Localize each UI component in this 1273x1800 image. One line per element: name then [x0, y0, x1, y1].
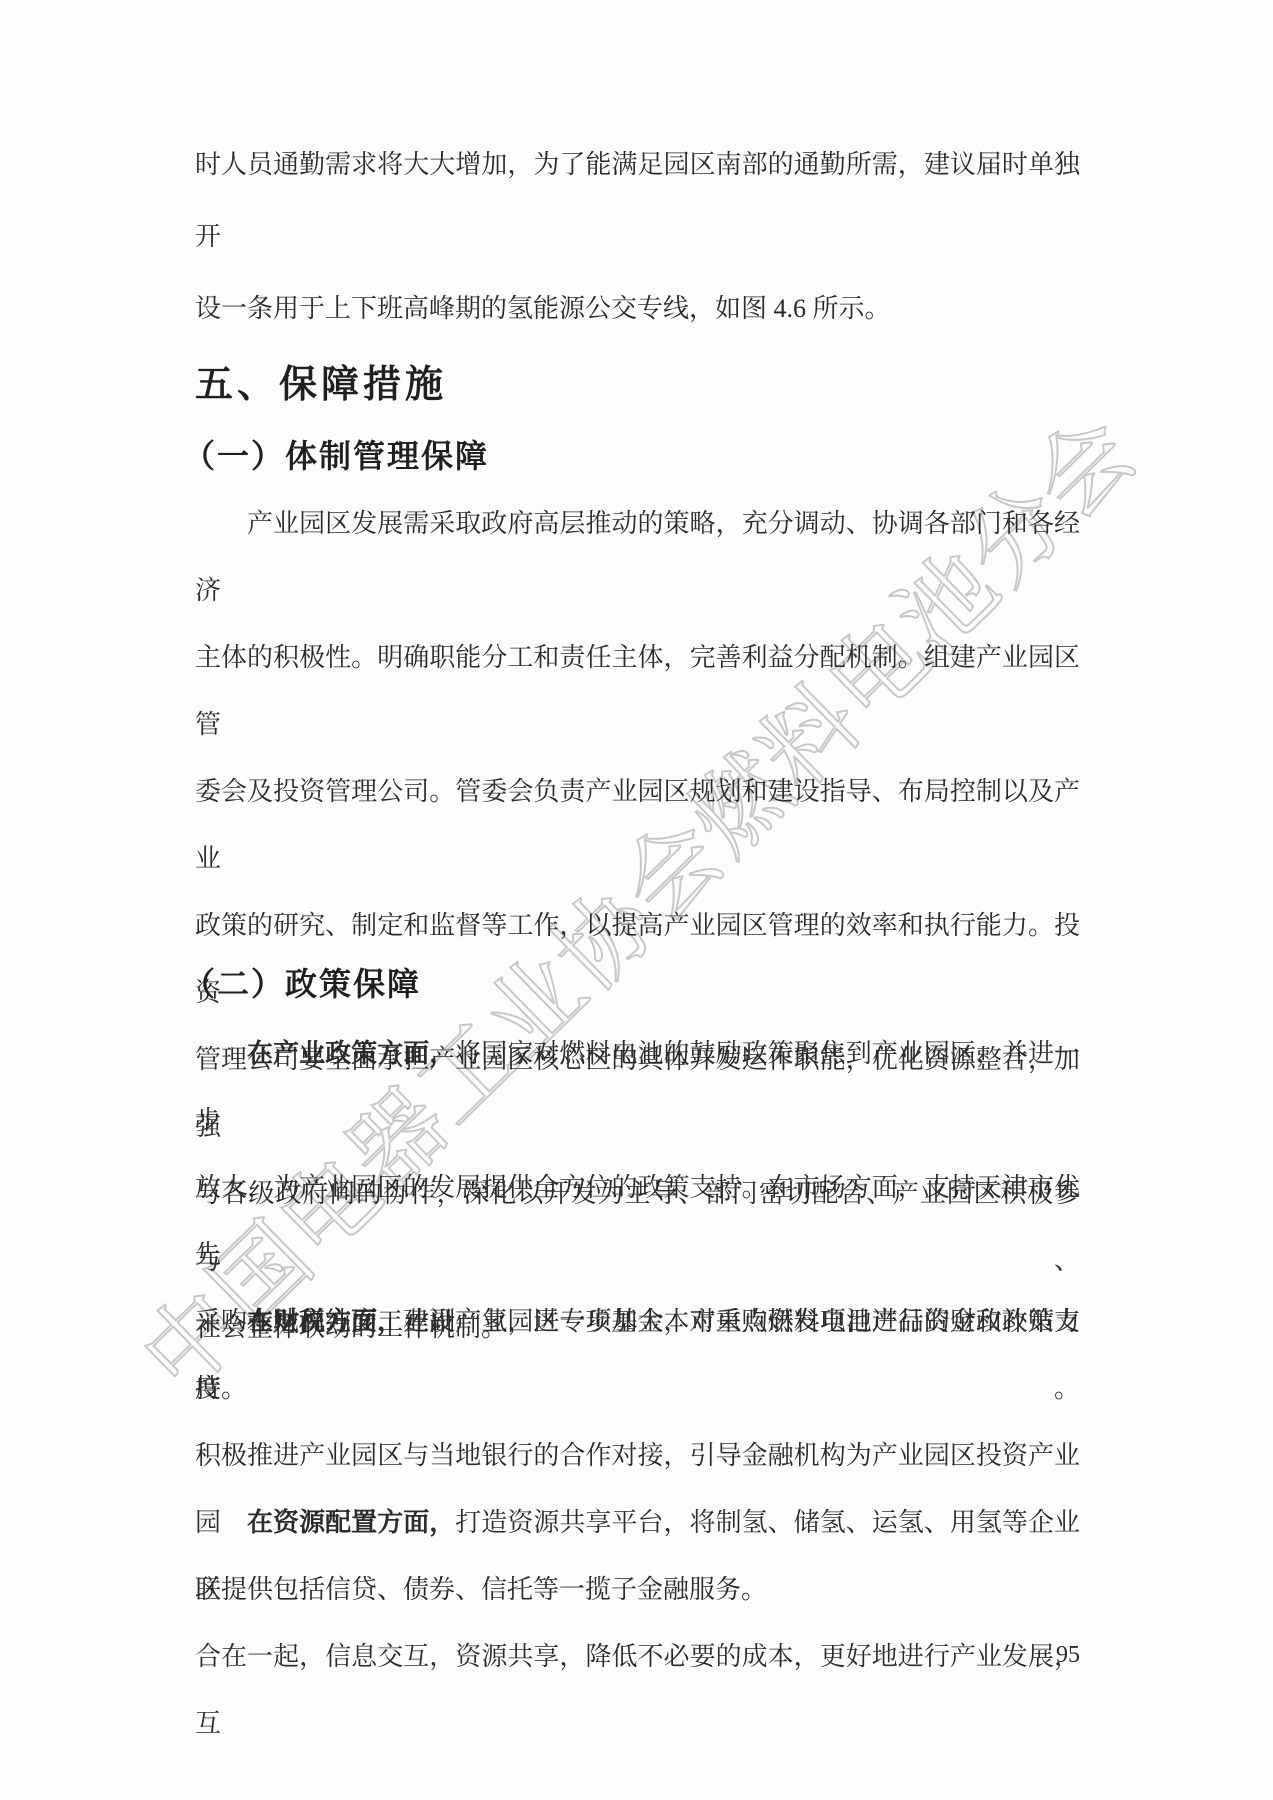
- section-heading: 五、保障措施: [195, 362, 447, 408]
- text-line: 在财税方面，建设产业园区专项基金，对重点研发项目进行资金和政策支持。: [195, 1288, 1080, 1422]
- text-line: 产业园区发展需采取政府高层推动的策略，充分调动、协调各部门和各经济: [195, 490, 1080, 624]
- text-line: 委会及投资管理公司。管委会负责产业园区规划和建设指导、布局控制以及产业: [195, 758, 1080, 892]
- paragraph-lead: 在产业政策方面，: [247, 1038, 455, 1068]
- text-line: 放大，为产业园区的发展提供全方位的政策支持。在市场方面，支持天津市优先: [195, 1154, 1080, 1288]
- text-line: 设一条用于上下班高峰期的氢能源公交专线，如图 4.6 所示。: [195, 273, 1080, 345]
- paragraph-resource-allocation: 在资源配置方面，打造资源共享平台，将制氢、储氢、运氢、用氢等企业联 合在一起，信…: [195, 1489, 1080, 1757]
- text-line: 主体的积极性。明确职能分工和责任主体，完善利益分配机制。组建产业园区管: [195, 624, 1080, 758]
- text-line: 时人员通勤需求将大大增加，为了能满足园区南部的通勤所需，建议届时单独开: [195, 129, 1080, 273]
- subsection-heading-2: （二）政策保障: [183, 963, 421, 1005]
- text-line: 政策的研究、制定和监督等工作，以提高产业园区管理的效率和执行能力。投资: [195, 892, 1080, 1026]
- text-line: 在产业政策方面，将国家对燃料电池的鼓励政策聚焦到产业园区，并进一步: [195, 1020, 1080, 1154]
- page-number: 95: [195, 1640, 1080, 1670]
- text-line: 在资源配置方面，打造资源共享平台，将制氢、储氢、运氢、用氢等企业联: [195, 1489, 1080, 1623]
- document-page: 中国电器工业协会燃料电池分会 时人员通勤需求将大大增加，为了能满足园区南部的通勤…: [0, 0, 1273, 1800]
- paragraph-lead: 在资源配置方面，: [247, 1507, 455, 1537]
- subsection-heading-1: （一）体制管理保障: [183, 435, 489, 477]
- intro-paragraph: 时人员通勤需求将大大增加，为了能满足园区南部的通勤所需，建议届时单独开 设一条用…: [195, 129, 1080, 345]
- paragraph-lead: 在财税方面，: [247, 1306, 403, 1336]
